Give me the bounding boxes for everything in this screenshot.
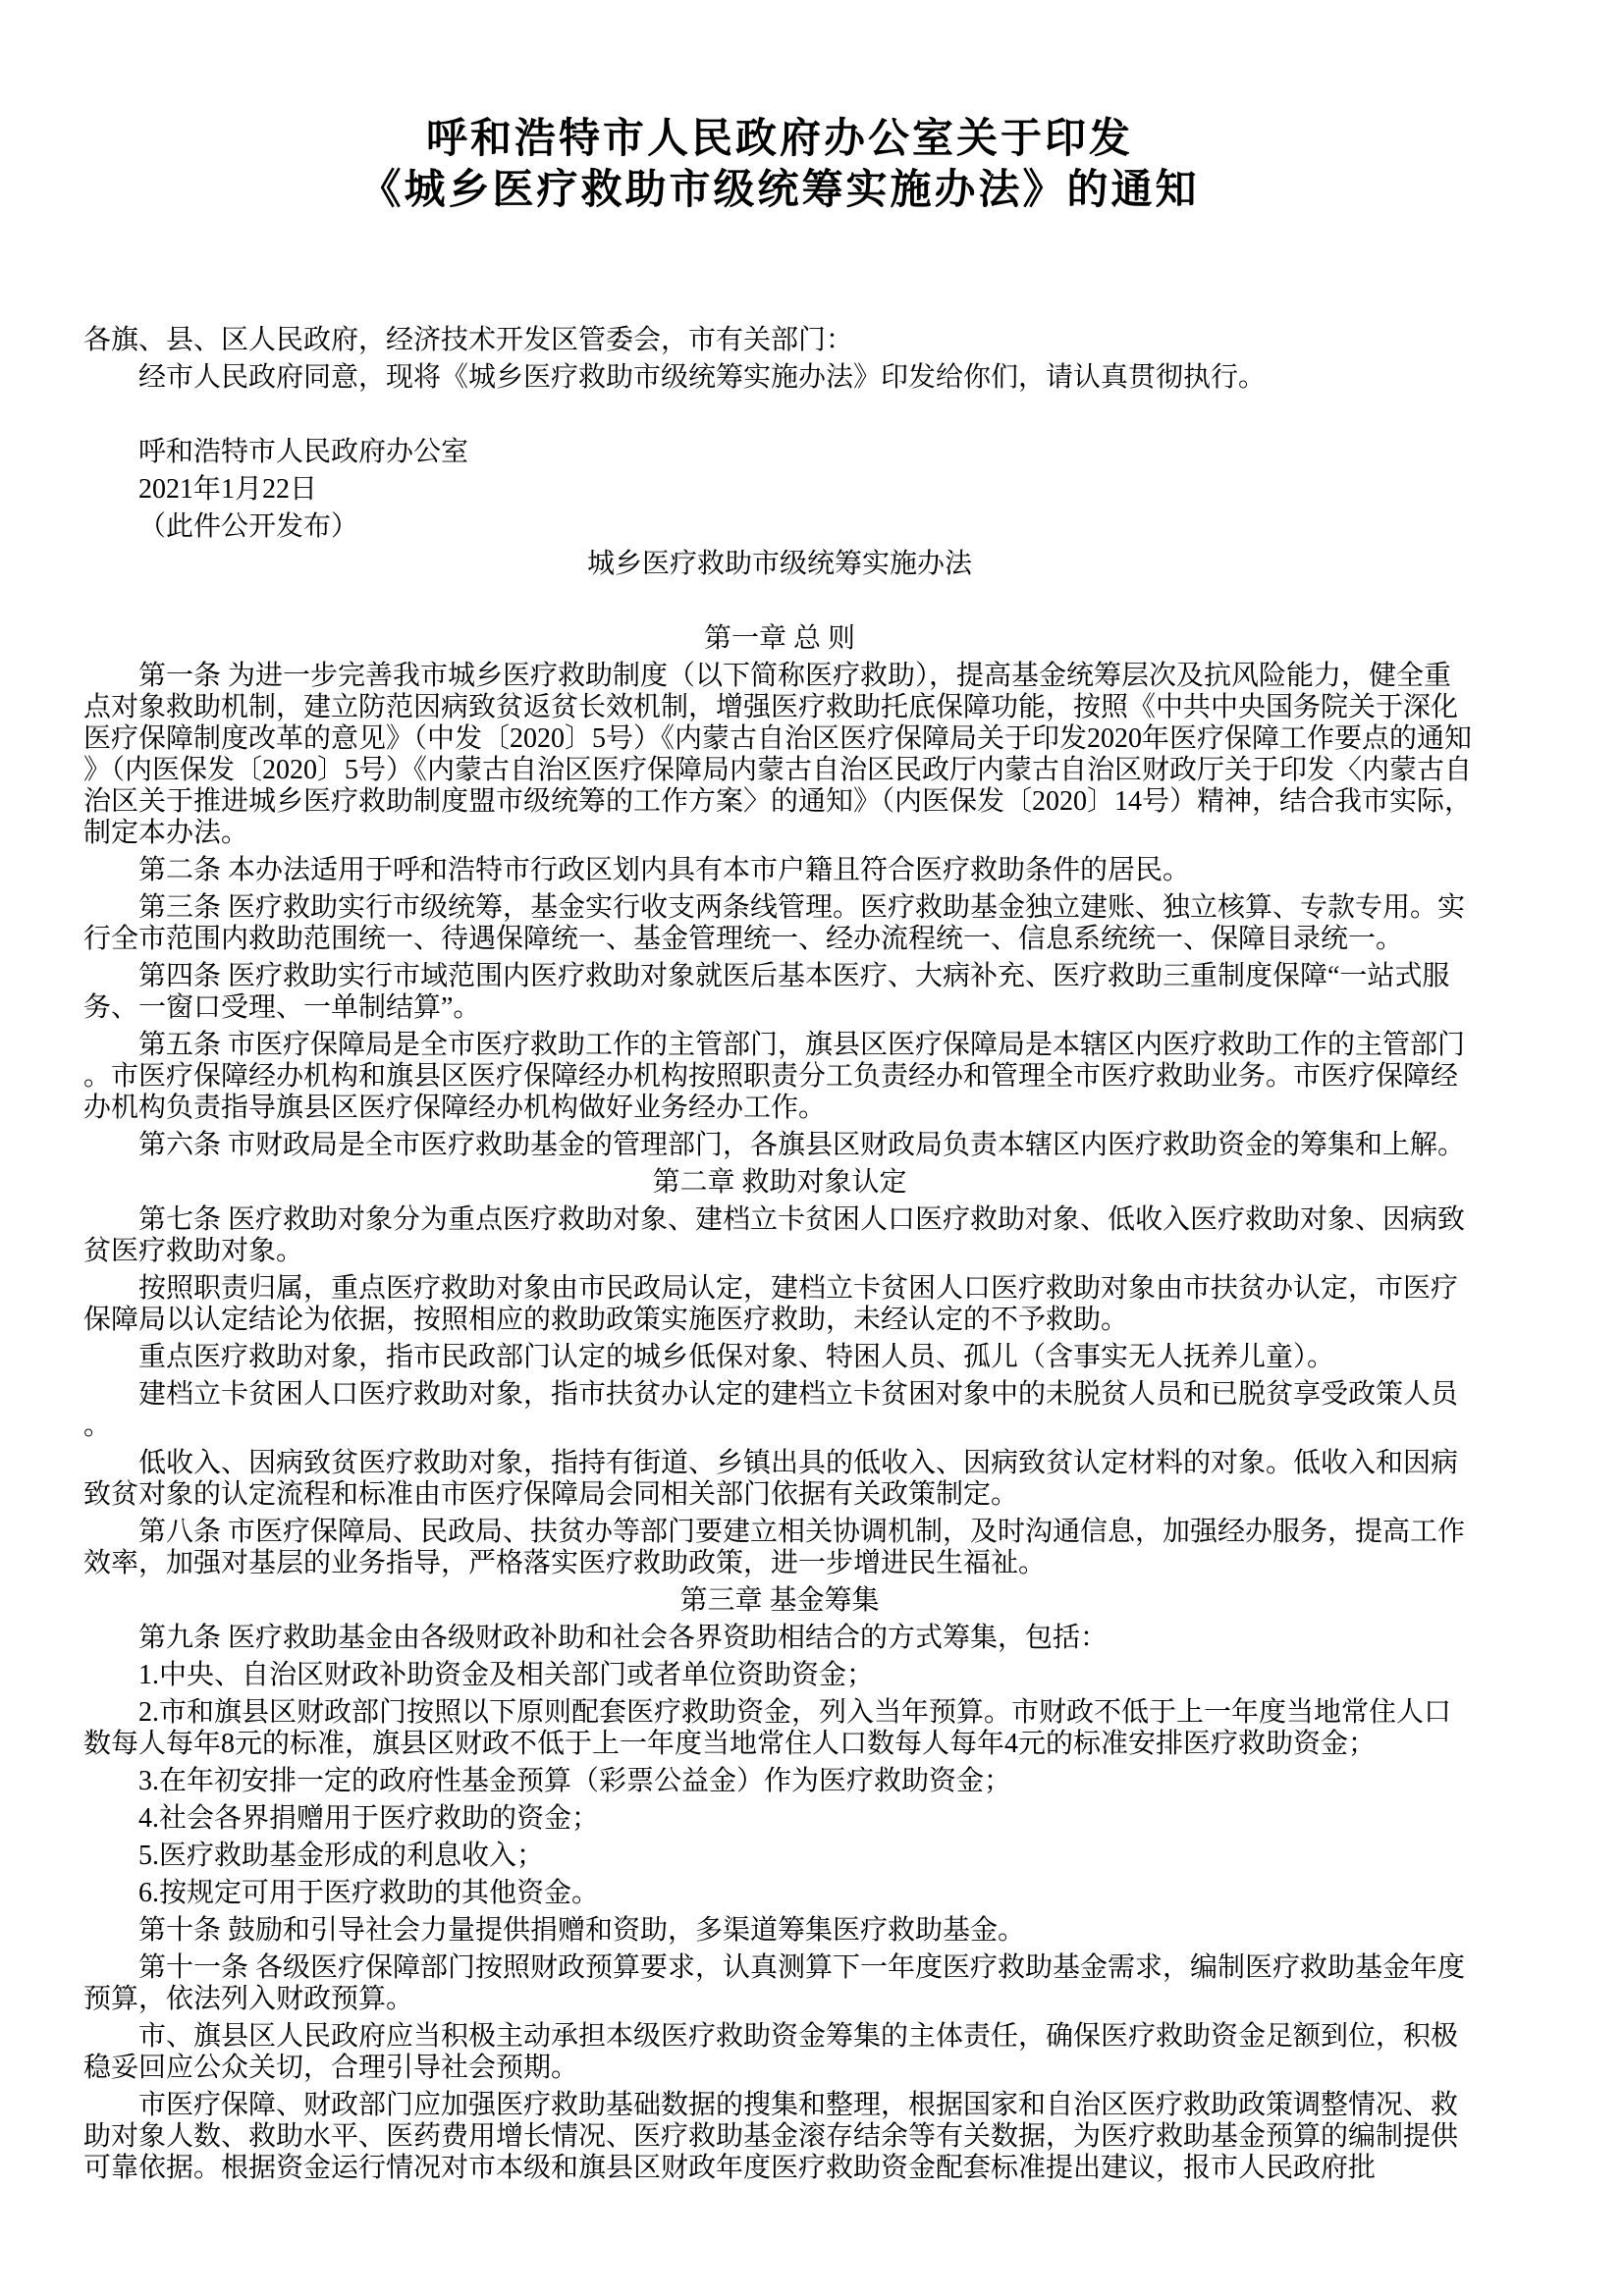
document-page: 呼和浩特市人民政府办公室关于印发 《城乡医疗救助市级统筹实施办法》的通知 各旗、… bbox=[0, 0, 1623, 2296]
document-title: 呼和浩特市人民政府办公室关于印发 《城乡医疗救助市级统筹实施办法》的通知 bbox=[83, 113, 1476, 215]
low-income-objects-paragraph: 低收入、因病致贫医疗救助对象，指持有街道、乡镇出具的低收入、因病致贫认定材料的对… bbox=[83, 1448, 1476, 1511]
forwarding-note: 经市人民政府同意，现将《城乡医疗救助市级统筹实施办法》印发给你们，请认真贯彻执行… bbox=[83, 362, 1476, 394]
measures-title: 城乡医疗救助市级统筹实施办法 bbox=[83, 549, 1476, 580]
salutation: 各旗、县、区人民政府，经济技术开发区管委会，市有关部门： bbox=[83, 325, 1476, 356]
article-1-paragraph: 第一条 为进一步完善我市城乡医疗救助制度（以下简称医疗救助），提高基金统筹层次及… bbox=[83, 661, 1476, 849]
article-6-paragraph: 第六条 市财政局是全市医疗救助基金的管理部门，各旗县区财政局负责本辖区内医疗救助… bbox=[83, 1130, 1476, 1161]
government-responsibility-paragraph: 市、旗县区人民政府应当积极主动承担本级医疗救助资金筹集的主体责任，确保医疗救助资… bbox=[83, 2021, 1476, 2084]
article-8-paragraph: 第八条 市医疗保障局、民政局、扶贫办等部门要建立相关协调机制，及时沟通信息，加强… bbox=[83, 1517, 1476, 1579]
article-11-paragraph: 第十一条 各级医疗保障部门按照财政预算要求，认真测算下一年度医疗救助基金需求，编… bbox=[83, 1952, 1476, 2015]
poverty-objects-paragraph: 建档立卡贫困人口医疗救助对象，指市扶贫办认定的建档立卡贫困对象中的未脱贫人员和已… bbox=[83, 1379, 1476, 1442]
funding-item-1: 1.中央、自治区财政补助资金及相关部门或者单位资助资金； bbox=[83, 1660, 1476, 1691]
spacer bbox=[83, 586, 1476, 617]
chapter-1-heading: 第一章 总 则 bbox=[83, 623, 1476, 655]
publish-note: （此件公开发布） bbox=[83, 511, 1476, 543]
article-4-paragraph: 第四条 医疗救助实行市域范围内医疗救助对象就医后基本医疗、大病补充、医疗救助三重… bbox=[83, 961, 1476, 1024]
article-7-paragraph: 第七条 医疗救助对象分为重点医疗救助对象、建档立卡贫困人口医疗救助对象、低收入医… bbox=[83, 1204, 1476, 1267]
chapter-3-heading: 第三章 基金筹集 bbox=[83, 1585, 1476, 1617]
key-objects-paragraph: 重点医疗救助对象，指市民政部门认定的城乡低保对象、特困人员、孤儿（含事实无人抚养… bbox=[83, 1342, 1476, 1373]
article-10-paragraph: 第十条 鼓励和引导社会力量提供捐赠和资助，多渠道筹集医疗救助基金。 bbox=[83, 1915, 1476, 1947]
object-determination-paragraph: 按照职责归属，重点医疗救助对象由市民政局认定，建档立卡贫困人口医疗救助对象由市扶… bbox=[83, 1273, 1476, 1336]
chapter-2-heading: 第二章 救助对象认定 bbox=[83, 1167, 1476, 1199]
funding-item-2: 2.市和旗县区财政部门按照以下原则配套医疗救助资金，列入当年预算。市财政不低于上… bbox=[83, 1697, 1476, 1760]
data-collection-paragraph: 市医疗保障、财政部门应加强医疗救助基础数据的搜集和整理，根据国家和自治区医疗救助… bbox=[83, 2090, 1476, 2184]
spacer bbox=[83, 400, 1476, 431]
issuer-name: 呼和浩特市人民政府办公室 bbox=[83, 437, 1476, 468]
funding-item-5: 5.医疗救助基金形成的利息收入； bbox=[83, 1841, 1476, 1872]
document-title-line1: 呼和浩特市人民政府办公室关于印发 bbox=[83, 113, 1476, 164]
article-2-paragraph: 第二条 本办法适用于呼和浩特市行政区划内具有本市户籍且符合医疗救助条件的居民。 bbox=[83, 855, 1476, 886]
article-3-paragraph: 第三条 医疗救助实行市级统筹，基金实行收支两条线管理。医疗救助基金独立建账、独立… bbox=[83, 892, 1476, 955]
funding-item-6: 6.按规定可用于医疗救助的其他资金。 bbox=[83, 1878, 1476, 1909]
funding-item-4: 4.社会各界捐赠用于医疗救助的资金； bbox=[83, 1803, 1476, 1835]
issue-date: 2021年1月22日 bbox=[83, 474, 1476, 506]
article-5-paragraph: 第五条 市医疗保障局是全市医疗救助工作的主管部门，旗县区医疗保障局是本辖区内医疗… bbox=[83, 1030, 1476, 1124]
article-9-paragraph: 第九条 医疗救助基金由各级财政补助和社会各界资助相结合的方式筹集，包括： bbox=[83, 1623, 1476, 1654]
document-title-line2: 《城乡医疗救助市级统筹实施办法》的通知 bbox=[83, 164, 1476, 215]
funding-item-3: 3.在年初安排一定的政府性基金预算（彩票公益金）作为医疗救助资金； bbox=[83, 1766, 1476, 1797]
